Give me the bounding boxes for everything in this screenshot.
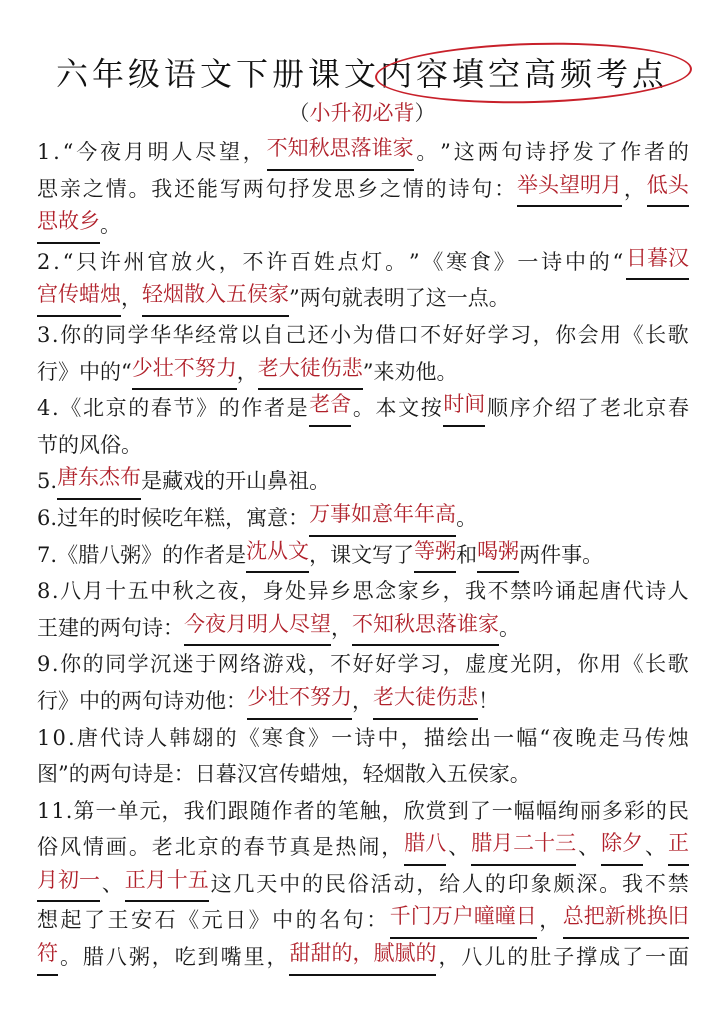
text-char: 不 (420, 317, 441, 354)
text-line: 1.“今夜月明人尽望，不知秋思落谁家。”这两句诗抒发了作者的 (37, 134, 689, 171)
text-char: 抒 (549, 134, 570, 171)
answer-blank: 思故乡 (37, 207, 100, 244)
text-char: 这 (454, 134, 475, 171)
text-char: 风 (79, 427, 100, 464)
text-char: 王 (108, 902, 129, 939)
text-char: 好 (465, 317, 486, 354)
text-char: 元 (140, 793, 161, 830)
text-char: 一 (645, 939, 666, 976)
text-char: 春 (151, 390, 172, 427)
answer-blank: 月初一 (37, 866, 100, 903)
text-char: 俗 (37, 829, 58, 866)
text-char: 绘 (447, 720, 468, 757)
text-char: 的 (302, 866, 323, 903)
text-char: ： (163, 610, 184, 647)
text-char: 时 (120, 500, 141, 537)
answer-blank: 喝粥 (477, 537, 519, 574)
text-char: ， (555, 646, 576, 683)
text-char: 。 (60, 939, 81, 976)
text-char: 州 (124, 244, 145, 281)
text-char: 华 (150, 317, 171, 354)
text-line: 3.你的同学华华经常以自己还小为借口不好好学习，你会用《长歌 (37, 317, 689, 354)
text-char: 老 (600, 390, 621, 427)
text-line: 5.唐东杰布是藏戏的开山鼻祖。 (37, 463, 689, 500)
subtitle-open-paren: （ (289, 101, 310, 125)
text-char: 情 (106, 171, 127, 208)
text-char: 常 (218, 317, 239, 354)
text-char: 的 (162, 537, 183, 574)
text-char: 同 (105, 317, 126, 354)
text-char: 暮 (216, 756, 237, 793)
text-char: 代 (623, 573, 644, 610)
text-char: ” (440, 134, 451, 171)
text-char: 月 (124, 134, 145, 171)
text-char: 光 (510, 646, 531, 683)
text-char: 者 (644, 134, 665, 171)
text-char: 八 (60, 573, 81, 610)
text-char: 轻 (363, 756, 384, 793)
text-char: 经 (195, 317, 216, 354)
text-char: 的 (216, 720, 237, 757)
answer-blank: 少壮不努力 (132, 354, 237, 391)
text-char: 八 (99, 537, 120, 574)
text-char: 寓 (246, 500, 267, 537)
text-char: 2 (37, 244, 50, 281)
text-char: 尽 (195, 134, 216, 171)
text-char: 的 (204, 463, 225, 500)
text-char: 月 (83, 573, 104, 610)
text-char: 安 (131, 902, 152, 939)
text-char: 他 (205, 683, 226, 720)
text-char: 你 (60, 317, 81, 354)
text-char: 中 (150, 573, 171, 610)
answer-blank: 不知秋思落谁家 (352, 610, 499, 647)
text-char: 戏 (285, 646, 306, 683)
text-char: ” (409, 244, 420, 281)
text-char: 歌 (668, 646, 689, 683)
answer-blank: 少壮不努力 (247, 683, 352, 720)
text-char: 学 (488, 317, 509, 354)
subtitle-text: 小升初必背 (310, 101, 415, 125)
text-char: 身 (263, 573, 284, 610)
text-char: 代 (100, 720, 121, 757)
text-char: 网 (218, 646, 239, 683)
text-char: 我 (151, 171, 172, 208)
text-char: 颇 (553, 866, 574, 903)
text-char: 民 (668, 793, 689, 830)
text-line: 月初一、正月十五这几天中的民俗活动，给人的印象颇深。我不禁 (37, 866, 689, 903)
text-char: 家 (398, 573, 419, 610)
text-char: 出 (470, 720, 491, 757)
text-char: 行 (37, 354, 58, 391)
text-char: 作 (620, 134, 641, 171)
text-char: 劝 (184, 683, 205, 720)
text-char: ， (243, 134, 264, 171)
text-char: 北 (623, 390, 644, 427)
page-subtitle: （小升初必背） (0, 98, 724, 128)
text-char: 是 (141, 463, 162, 500)
text-char: 丽 (580, 793, 601, 830)
text-char: 沉 (150, 646, 171, 683)
text-char: 彩 (624, 793, 645, 830)
question-list: 1.“今夜月明人尽望，不知秋思落谁家。”这两句诗抒发了作者的思亲之情。我还能写两… (37, 134, 689, 976)
text-char: 许 (266, 244, 287, 281)
text-char: 节 (37, 427, 58, 464)
text-char: 人 (171, 134, 192, 171)
text-char: 明 (384, 280, 405, 317)
text-line: 思亲之情。我还能写两句抒发思乡之情的诗句：举头望明月，低头 (37, 171, 689, 208)
text-char: 情 (403, 171, 424, 208)
text-char: 不 (242, 244, 263, 281)
text-char: 马 (622, 720, 643, 757)
text-char: 的 (83, 317, 104, 354)
text-char: 习 (420, 646, 441, 683)
text-line: 思故乡。 (37, 207, 689, 244)
text-char: 天 (256, 866, 277, 903)
answer-blank: 轻烟散入五侯家 (142, 280, 289, 317)
text-char: 是 (225, 537, 246, 574)
text-char: 作 (272, 793, 293, 830)
text-char: 诗 (354, 720, 375, 757)
text-char: 随 (250, 793, 271, 830)
text-char: 用 (600, 646, 621, 683)
text-char: 幅 (516, 720, 537, 757)
text-char: 灯 (361, 244, 382, 281)
text-char: 秋 (173, 573, 194, 610)
text-char: 笔 (338, 793, 359, 830)
answer-blank: 符 (37, 939, 58, 976)
text-char: 禁 (668, 866, 689, 903)
text-char: 好 (375, 646, 396, 683)
text-char: 之 (83, 171, 104, 208)
text-char: 了 (393, 537, 414, 574)
text-char: 学 (128, 317, 149, 354)
text-char: 禁 (510, 573, 531, 610)
text-char: 石 (155, 902, 176, 939)
text-char: 子 (553, 939, 574, 976)
text-char: 北 (175, 829, 196, 866)
text-char: 想 (37, 902, 58, 939)
text-char: 诗 (645, 573, 666, 610)
text-char: 络 (240, 646, 261, 683)
text-char: 入 (426, 756, 447, 793)
text-char: 吃 (175, 939, 196, 976)
text-char: 春 (668, 390, 689, 427)
text-char: 粥 (120, 537, 141, 574)
text-char: 的 (219, 390, 240, 427)
text-char: 俗 (100, 427, 121, 464)
text-char: 中 (79, 683, 100, 720)
text-char: 两 (519, 537, 540, 574)
text-char: 。 (100, 207, 121, 244)
answer-blank: 老大徒伤悲 (373, 683, 478, 720)
text-char: 。 (582, 537, 603, 574)
text-char: 明 (148, 134, 169, 171)
text-char: 发 (311, 171, 332, 208)
text-char: 火 (195, 244, 216, 281)
text-char: 八 (461, 939, 482, 976)
text-char: ， (240, 573, 261, 610)
text-char: 8 (37, 573, 50, 610)
text-char: 风 (60, 829, 81, 866)
text-char: 中 (79, 354, 100, 391)
text-char: 不 (488, 573, 509, 610)
text-char: 给 (439, 866, 460, 903)
text-char: 日 (225, 902, 246, 939)
answer-blank: 老舍 (309, 390, 351, 427)
text-char: 你 (555, 317, 576, 354)
text-char: 介 (532, 390, 553, 427)
text-char: 》 (141, 537, 162, 574)
text-char: 长 (645, 317, 666, 354)
text-char: 《 (239, 720, 260, 757)
text-char: 句 (321, 280, 342, 317)
text-char: ， (624, 171, 645, 208)
text-char: 糕 (204, 500, 225, 537)
text-char: 一 (493, 720, 514, 757)
answer-blank: 甜甜的，腻腻的 (289, 939, 436, 976)
answer-blank: 正月十五 (125, 866, 209, 903)
text-char: 者 (204, 537, 225, 574)
text-char: ， (381, 829, 402, 866)
text-char: 他 (416, 354, 437, 391)
text-char: 唐 (600, 573, 621, 610)
text-char: 9 (37, 646, 50, 683)
text-char: 一 (492, 793, 513, 830)
text-char: ” (363, 354, 374, 391)
text-char: ， (162, 793, 183, 830)
text-char: 我 (184, 793, 205, 830)
text-char: 了 (597, 134, 618, 171)
text-char: 这 (426, 280, 447, 317)
text-char: 鼻 (267, 463, 288, 500)
text-char: 赏 (426, 793, 447, 830)
text-char: 乡 (420, 573, 441, 610)
text-char: 诗 (448, 171, 469, 208)
text-char: 两 (478, 134, 499, 171)
text-char: 诗 (132, 756, 153, 793)
text-char: 节 (173, 390, 194, 427)
text-char: 表 (363, 280, 384, 317)
text-char: 。 (385, 244, 406, 281)
text-char: 学 (128, 646, 149, 683)
text-char: 6 (37, 500, 50, 537)
text-char: 事 (561, 537, 582, 574)
text-char: 幅 (536, 793, 557, 830)
text-char: 《 (422, 244, 443, 281)
text-char: 日 (195, 756, 216, 793)
text-char: 思 (37, 171, 58, 208)
text-char: 中 (279, 866, 300, 903)
text-char: 真 (289, 829, 310, 866)
text-char: ， (416, 866, 437, 903)
text-char: 。 (437, 354, 458, 391)
text-char: 候 (141, 500, 162, 537)
text-char: . (53, 134, 60, 171)
text-char: 肚 (530, 939, 551, 976)
text-char: 来 (374, 354, 395, 391)
text-char: ， (533, 317, 554, 354)
text-char: 的 (58, 427, 79, 464)
text-char: 诵 (555, 573, 576, 610)
text-char: 文 (398, 390, 419, 427)
text-char: 诗 (123, 720, 144, 757)
text-char: 幅 (514, 793, 535, 830)
text-char: 句 (266, 171, 287, 208)
text-char: 习 (510, 317, 531, 354)
text-char: 的 (83, 646, 104, 683)
text-char: 点 (468, 280, 489, 317)
text-char: 了 (470, 793, 491, 830)
text-char: . (52, 317, 59, 354)
text-char: 传 (645, 720, 666, 757)
text-char: ： (494, 171, 515, 208)
answer-blank: 千门万户曈曈日 (390, 902, 537, 939)
text-char: 开 (225, 463, 246, 500)
text-char: ， (382, 793, 403, 830)
text-char: . (68, 720, 75, 757)
text-char: 《 (57, 537, 78, 574)
text-char: 句 (343, 902, 364, 939)
answer-blank: 等粥 (414, 537, 456, 574)
text-char: 文 (351, 537, 372, 574)
text-char: “ (63, 134, 74, 171)
text-char: 以 (240, 317, 261, 354)
text-char: 《 (623, 317, 644, 354)
text-char: 深 (576, 866, 597, 903)
text-char: 起 (578, 573, 599, 610)
text-char: 的 (485, 866, 506, 903)
text-char: 者 (294, 793, 315, 830)
text-char: 食 (285, 720, 306, 757)
text-char: 动 (393, 866, 414, 903)
text-char: 放 (171, 244, 192, 281)
text-char: 不 (330, 646, 351, 683)
text-line: 8.八月十五中秋之夜，身处异乡思念家乡，我不禁吟诵起唐代诗人 (37, 573, 689, 610)
text-char: 1 (37, 720, 50, 757)
text-line: 10.唐代诗人韩翃的《寒食》一诗中，描绘出一幅“夜晚走马传烛 (37, 720, 689, 757)
text-char: 》 (494, 244, 515, 281)
text-char: 腊 (83, 939, 104, 976)
text-line: 行》中的两句诗劝他：少壮不努力，老大徒伤悲！ (37, 683, 689, 720)
answer-blank: 时间 (443, 390, 485, 427)
text-char: 烟 (384, 756, 405, 793)
text-char: ， (401, 720, 422, 757)
text-char: . (50, 537, 57, 574)
text-char: 的 (316, 793, 337, 830)
text-char: 我 (622, 866, 643, 903)
text-line: 俗风情画。老北京的春节真是热闹，腊八、腊月二十三、除夕、正 (37, 829, 689, 866)
answer-blank: 不知秋思落谁家 (267, 134, 414, 171)
text-char: 学 (398, 646, 419, 683)
text-char: 《 (60, 390, 81, 427)
text-char: . (53, 244, 60, 281)
text-char: 汉 (237, 756, 258, 793)
title-prefix: 六年级语文下册课文 (56, 55, 380, 93)
text-char: 游 (263, 646, 284, 683)
text-char: 。 (456, 500, 477, 537)
text-char: 同 (105, 646, 126, 683)
text-char: 诗 (163, 683, 184, 720)
text-char: 好 (353, 646, 374, 683)
text-line: 想起了王安石《元日》中的名句：千门万户曈曈日，总把新桃换旧 (37, 902, 689, 939)
answer-blank: 总把新桃换旧 (563, 902, 689, 939)
text-char: 老 (152, 829, 173, 866)
text-char: 情 (83, 829, 104, 866)
text-char: 句 (471, 171, 492, 208)
text-char: 。 (121, 427, 142, 464)
text-char: 。 (129, 829, 150, 866)
text-char: 口 (398, 317, 419, 354)
text-char: 的 (668, 134, 689, 171)
text-char: 描 (424, 720, 445, 757)
text-char: 面 (668, 939, 689, 976)
text-char: 一 (331, 720, 352, 757)
text-char: . (52, 646, 59, 683)
text-char: . (50, 500, 57, 537)
answer-blank: 老大徒伤悲 (258, 354, 363, 391)
text-char: 乡 (357, 171, 378, 208)
text-char: 人 (146, 720, 167, 757)
text-char: 五 (128, 573, 149, 610)
text-char: 3 (37, 317, 50, 354)
text-char: 这 (211, 866, 232, 903)
text-char: 的 (507, 939, 528, 976)
text-char: 寒 (446, 244, 467, 281)
text-char: 只 (76, 244, 97, 281)
text-char: 度 (488, 646, 509, 683)
text-char: “ (121, 354, 132, 391)
text-char: 虚 (465, 646, 486, 683)
text-char: 散 (405, 756, 426, 793)
text-char: 1 (37, 793, 50, 830)
text-char: 。 (599, 866, 620, 903)
text-line: 11.第一单元，我们跟随作者的笔触，欣赏到了一幅幅绚丽多彩的民 (37, 793, 689, 830)
text-char: 闹 (358, 829, 379, 866)
text-char: 的 (589, 244, 610, 281)
text-char: 多 (602, 793, 623, 830)
text-char: 腊 (78, 537, 99, 574)
text-char: 《 (623, 646, 644, 683)
text-char: 吟 (533, 573, 554, 610)
text-char: 烛 (668, 720, 689, 757)
text-char: 韩 (169, 720, 190, 757)
text-char: ， (443, 573, 464, 610)
text-char: 触 (360, 793, 381, 830)
text-char: 亲 (60, 171, 81, 208)
text-char: 句 (501, 134, 522, 171)
text-char: 一 (517, 244, 538, 281)
text-char: 。 (128, 171, 149, 208)
text-char: 于 (195, 646, 216, 683)
text-char: 会 (578, 317, 599, 354)
text-char: 序 (510, 390, 531, 427)
text-line: 9.你的同学沉迷于网络游戏，不好好学习，虚度光阴，你用《长歌 (37, 646, 689, 683)
text-char: 烛 (321, 756, 342, 793)
text-char: 唐 (77, 720, 98, 757)
text-char: ， (352, 683, 373, 720)
text-char: 蜡 (300, 756, 321, 793)
text-char: 歌 (668, 317, 689, 354)
text-char: 传 (279, 756, 300, 793)
highlight-ellipse (374, 39, 692, 107)
text-char: . (50, 463, 57, 500)
text-char: 我 (465, 573, 486, 610)
text-char: 欣 (404, 793, 425, 830)
text-char: 成 (599, 939, 620, 976)
text-char: 两 (100, 610, 121, 647)
answer-blank: 腊月二十三 (471, 829, 576, 866)
